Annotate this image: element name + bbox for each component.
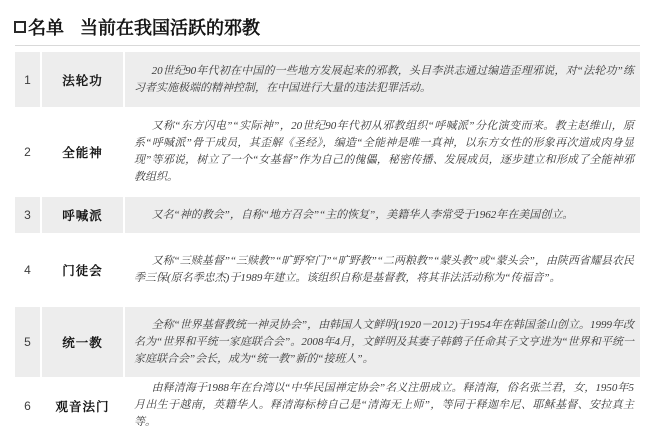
title-text: 当前在我国活跃的邪教 [80, 14, 260, 40]
table-row: 1 法轮功 20世纪90年代初在中国的一些地方发展起来的邪教，头目李洪志通过编造… [15, 52, 640, 107]
cult-description-cell: 又称“东方闪电”“实际神”，20世纪90年代初从邪教组织“呼喊派”分化演变而来。… [125, 107, 640, 197]
cult-name: 呼喊派 [42, 197, 123, 233]
table-row: 3 呼喊派 又名“神的教会”，自称“地方召会”“主的恢复”，美籍华人李常受于19… [15, 197, 640, 233]
cult-description-cell: 由释清海于1988年在台湾以“中华民国禅定协会”名义注册成立。释清海，俗名张兰君… [125, 377, 640, 434]
cult-list-table: 1 法轮功 20世纪90年代初在中国的一些地方发展起来的邪教，头目李洪志通过编造… [15, 45, 640, 434]
cult-list-infographic: 名单 当前在我国活跃的邪教 1 法轮功 20世纪90年代初在中国的一些地方发展起… [0, 0, 649, 434]
cult-description: 全称“世界基督教统一神灵协会”，由韩国人文鲜明(1920－2012)于1954年… [134, 317, 634, 368]
cult-description: 20世纪90年代初在中国的一些地方发展起来的邪教，头目李洪志通过编造歪理邪说，对… [134, 63, 634, 97]
cult-name: 统一教 [42, 307, 123, 377]
row-number: 4 [15, 233, 40, 307]
square-bullet-icon [14, 21, 26, 33]
page-title: 名单 当前在我国活跃的邪教 [0, 0, 649, 45]
table-row: 4 门徒会 又称“三赎基督”“三赎教”“旷野窄门”“旷野教”“二两粮教”“蒙头教… [15, 233, 640, 307]
cult-description: 又称“东方闪电”“实际神”，20世纪90年代初从邪教组织“呼喊派”分化演变而来。… [134, 118, 634, 186]
table-row: 2 全能神 又称“东方闪电”“实际神”，20世纪90年代初从邪教组织“呼喊派”分… [15, 107, 640, 197]
cult-name: 法轮功 [42, 52, 123, 107]
title-tag: 名单 [28, 14, 64, 40]
cult-description: 又名“神的教会”，自称“地方召会”“主的恢复”，美籍华人李常受于1962年在美国… [134, 207, 634, 224]
row-number: 1 [15, 52, 40, 107]
cult-description-cell: 又称“三赎基督”“三赎教”“旷野窄门”“旷野教”“二两粮教”“蒙头教”或“蒙头会… [125, 233, 640, 307]
cult-name: 全能神 [42, 107, 123, 197]
row-number: 5 [15, 307, 40, 377]
table-row: 6 观音法门 由释清海于1988年在台湾以“中华民国禅定协会”名义注册成立。释清… [15, 377, 640, 434]
cult-description: 由释清海于1988年在台湾以“中华民国禅定协会”名义注册成立。释清海，俗名张兰君… [134, 380, 634, 431]
cult-description-cell: 又名“神的教会”，自称“地方召会”“主的恢复”，美籍华人李常受于1962年在美国… [125, 197, 640, 233]
cult-name: 门徒会 [42, 233, 123, 307]
row-number: 6 [15, 377, 40, 434]
cult-name: 观音法门 [42, 377, 123, 434]
cult-description: 又称“三赎基督”“三赎教”“旷野窄门”“旷野教”“二两粮教”“蒙头教”或“蒙头会… [134, 253, 634, 287]
table-row: 5 统一教 全称“世界基督教统一神灵协会”，由韩国人文鲜明(1920－2012)… [15, 307, 640, 377]
cult-description-cell: 全称“世界基督教统一神灵协会”，由韩国人文鲜明(1920－2012)于1954年… [125, 307, 640, 377]
row-number: 3 [15, 197, 40, 233]
row-number: 2 [15, 107, 40, 197]
cult-description-cell: 20世纪90年代初在中国的一些地方发展起来的邪教，头目李洪志通过编造歪理邪说，对… [125, 52, 640, 107]
